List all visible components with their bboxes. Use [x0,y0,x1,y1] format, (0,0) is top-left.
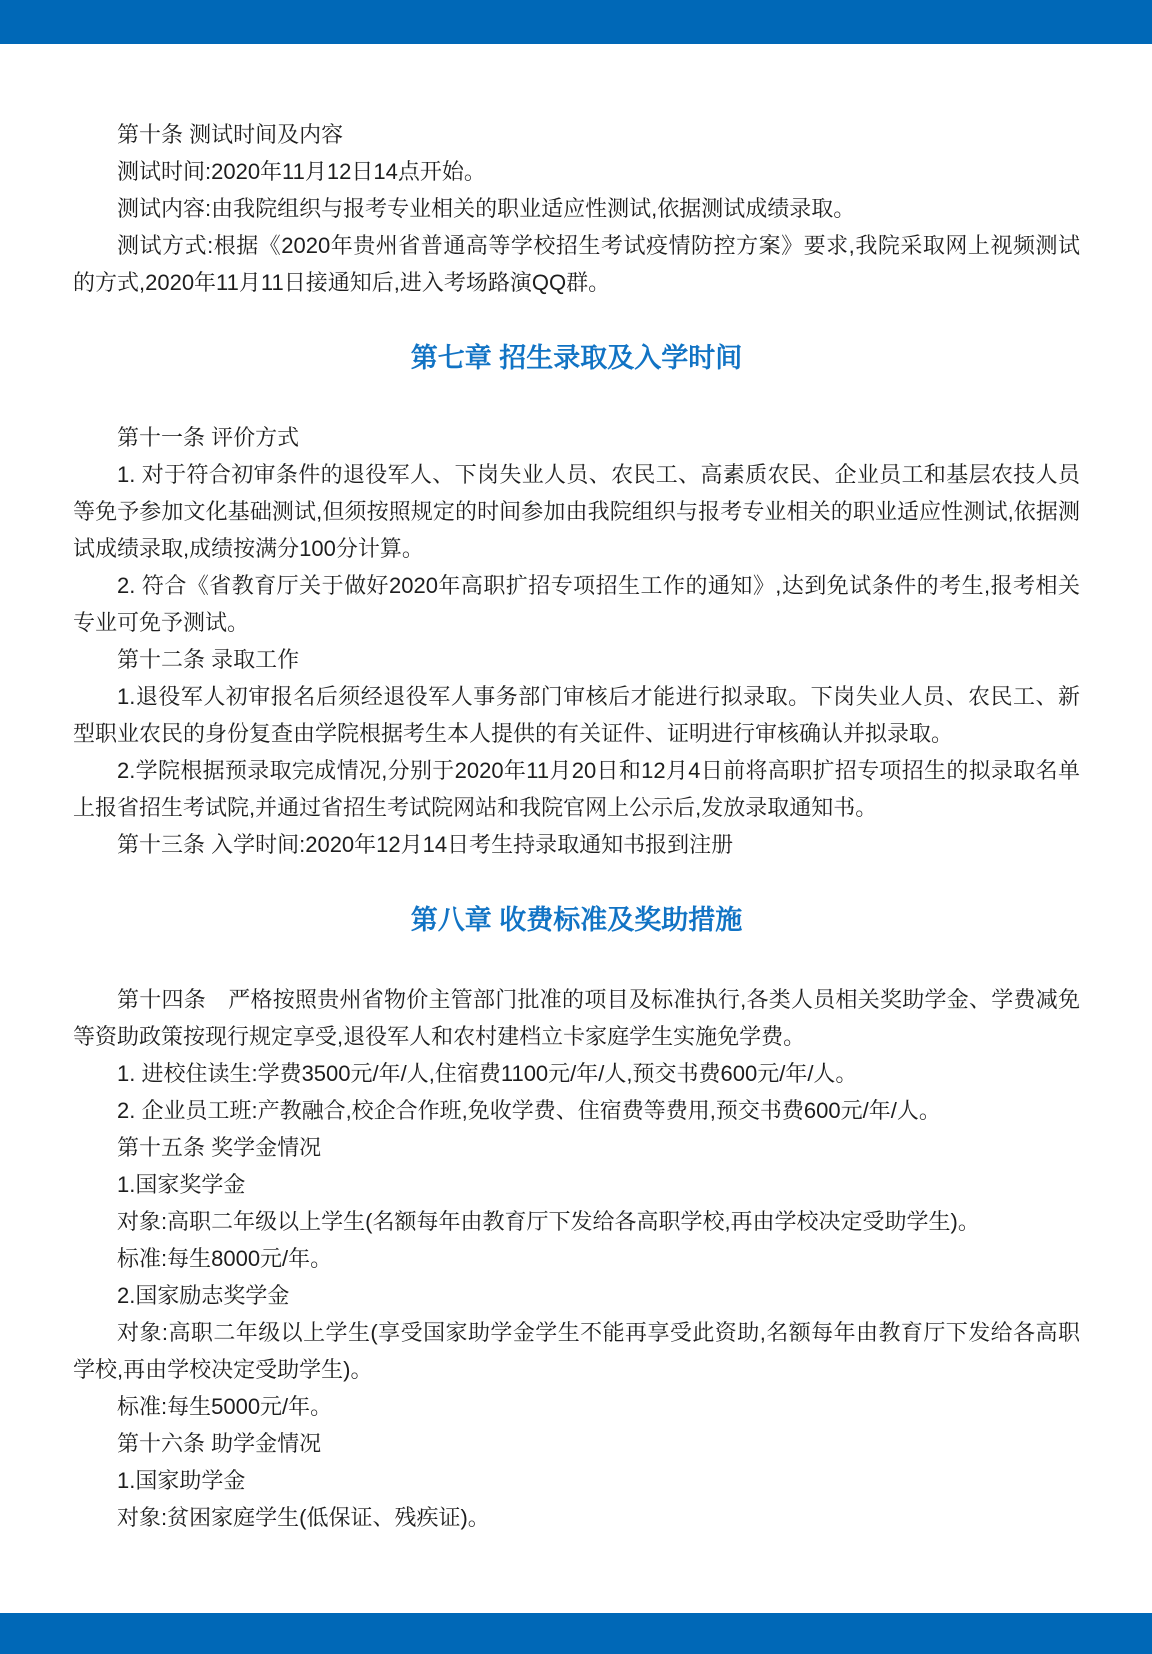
paragraph-fees-item-1: 1. 进校住读生:学费3500元/年/人,住宿费1100元/年/人,预交书费60… [73,1055,1080,1092]
document-content: 第十条 测试时间及内容 测试时间:2020年11月12日14点开始。 测试内容:… [73,44,1080,1536]
paragraph-article-11-title: 第十一条 评价方式 [73,419,1080,456]
bottom-band [0,1613,1152,1654]
paragraph-test-method: 测试方式:根据《2020年贵州省普通高等学校招生考试疫情防控方案》要求,我院采取… [73,227,1080,301]
paragraph-test-content: 测试内容:由我院组织与报考专业相关的职业适应性测试,依据测试成绩录取。 [73,190,1080,227]
paragraph-inspiration-scholarship-standard: 标准:每生5000元/年。 [73,1388,1080,1425]
paragraph-article-13: 第十三条 入学时间:2020年12月14日考生持录取通知书报到注册 [73,826,1080,863]
paragraph-article-11-item-2: 2. 符合《省教育厅关于做好2020年高职扩招专项招生工作的通知》,达到免试条件… [73,567,1080,641]
paragraph-article-12-item-1: 1.退役军人初审报名后须经退役军人事务部门审核后才能进行拟录取。下岗失业人员、农… [73,678,1080,752]
chapter-8-heading: 第八章 收费标准及奖助措施 [73,903,1080,937]
document-page: 第十条 测试时间及内容 测试时间:2020年11月12日14点开始。 测试内容:… [0,0,1152,1654]
paragraph-article-15-title: 第十五条 奖学金情况 [73,1129,1080,1166]
paragraph-inspiration-scholarship-target: 对象:高职二年级以上学生(享受国家助学金学生不能再享受此资助,名额每年由教育厅下… [73,1314,1080,1388]
paragraph-inspiration-scholarship-title: 2.国家励志奖学金 [73,1277,1080,1314]
paragraph-national-grant-title: 1.国家助学金 [73,1462,1080,1499]
paragraph-national-grant-target: 对象:贫困家庭学生(低保证、残疾证)。 [73,1499,1080,1536]
paragraph-article-12-item-2: 2.学院根据预录取完成情况,分别于2020年11月20日和12月4日前将高职扩招… [73,752,1080,826]
paragraph-article-16-title: 第十六条 助学金情况 [73,1425,1080,1462]
top-band [0,0,1152,44]
paragraph-national-scholarship-target: 对象:高职二年级以上学生(名额每年由教育厅下发给各高职学校,再由学校决定受助学生… [73,1203,1080,1240]
paragraph-test-time: 测试时间:2020年11月12日14点开始。 [73,153,1080,190]
chapter-7-heading: 第七章 招生录取及入学时间 [73,341,1080,375]
paragraph-national-scholarship-title: 1.国家奖学金 [73,1166,1080,1203]
paragraph-fees-item-2: 2. 企业员工班:产教融合,校企合作班,免收学费、住宿费等费用,预交书费600元… [73,1092,1080,1129]
paragraph-article-14: 第十四条 严格按照贵州省物价主管部门批准的项目及标准执行,各类人员相关奖助学金、… [73,981,1080,1055]
paragraph-article-12-title: 第十二条 录取工作 [73,641,1080,678]
paragraph-national-scholarship-standard: 标准:每生8000元/年。 [73,1240,1080,1277]
paragraph-article-11-item-1: 1. 对于符合初审条件的退役军人、下岗失业人员、农民工、高素质农民、企业员工和基… [73,456,1080,567]
paragraph-article-10-title: 第十条 测试时间及内容 [73,116,1080,153]
